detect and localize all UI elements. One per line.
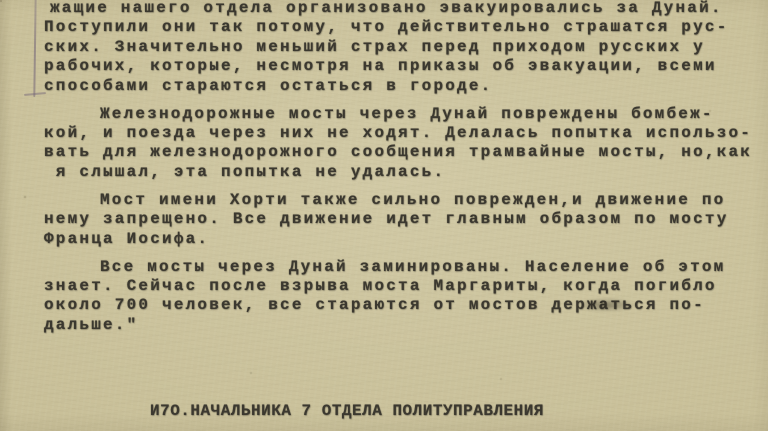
typed-line: Поступили они так потому, что действител… [44,18,766,37]
typed-line: способами стараются остаться в городе. [44,77,766,96]
typewritten-text-body: жащие нашего отдела организовано эвакуир… [44,0,766,344]
document-page: жащие нашего отдела организовано эвакуир… [0,0,768,431]
typed-line: я слышал, эта попытка не удалась. [44,163,766,182]
paragraph-railway-bridges: Железнодорожные мосты через Дунай повреж… [44,105,766,183]
signature-title-line: И7О.НАЧАЛЬНИКА 7 ОТДЕЛА ПОЛИТУПРАВЛЕНИЯ [150,402,544,421]
typed-line: Мост имени Хорти также сильно поврежден,… [44,191,766,210]
pencil-margin-line [33,0,36,97]
typed-line: Все мосты через Дунай заминированы. Насе… [44,258,766,277]
typed-line: жащие нашего отдела организовано эвакуир… [44,0,766,18]
typed-line: Железнодорожные мосты через Дунай повреж… [44,105,766,124]
typed-line: рабочих, которые, несмотря на приказы об… [44,57,766,76]
typed-line: дальше." [44,316,766,335]
ink-smudge-overstrike [568,296,644,314]
paragraph-evacuation: жащие нашего отдела организовано эвакуир… [44,0,766,96]
typed-line: вать для железнодорожного сообщения трам… [44,143,766,162]
typed-line: около 700 человек, все стараются от мост… [44,296,766,315]
paper-speckles [0,0,2,2]
typed-line: кой, и поезда через них не ходят. Делала… [44,124,766,143]
typed-line: знает. Сейчас после взрыва моста Маргари… [44,277,766,296]
typed-line: ских. Значительно меньший страх перед пр… [44,38,766,57]
scanned-archive-photo: { "colors": { "paper": "#c9c099", "ink":… [0,0,768,431]
typed-line: нему запрещено. Все движение идет главны… [44,210,766,229]
paragraph-mined-bridges: Все мосты через Дунай заминированы. Насе… [44,258,766,336]
paragraph-horthy-bridge: Мост имени Хорти также сильно поврежден,… [44,191,766,249]
typed-line: Франца Иосифа. [44,230,766,249]
